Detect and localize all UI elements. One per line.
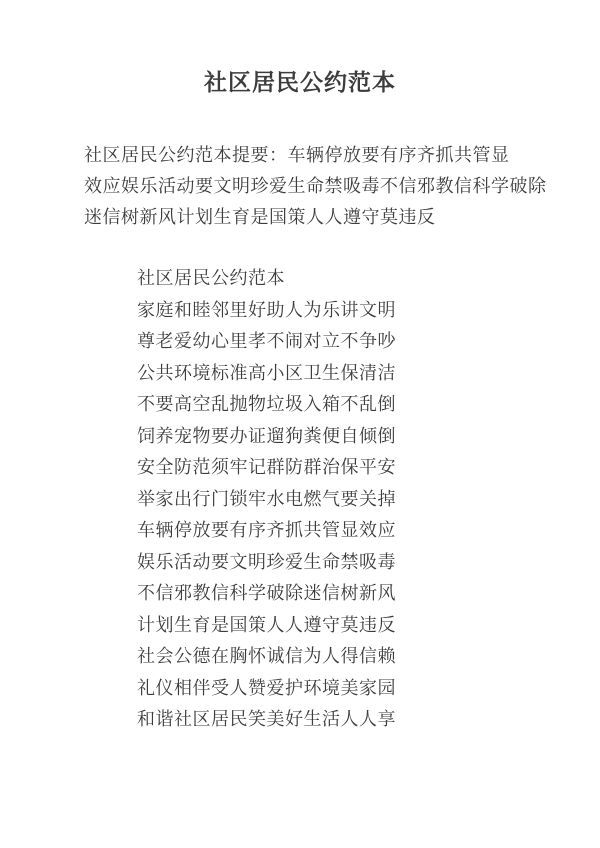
list-item: 饲养宠物要办证遛狗粪便自倾倒 — [137, 421, 600, 453]
list-item: 和谐社区居民笑美好生活人人享 — [137, 704, 600, 736]
summary-paragraph: 社区居民公约范本提要：车辆停放要有序齐抓共管显 效应娱乐活动要文明珍爱生命禁吸毒… — [84, 140, 524, 233]
list-item: 家庭和睦邻里好助人为乐讲文明 — [137, 295, 600, 327]
list-item: 不信邪教信科学破除迷信树新风 — [137, 578, 600, 610]
document-page: 社区居民公约范本 社区居民公约范本提要：车辆停放要有序齐抓共管显 效应娱乐活动要… — [0, 0, 600, 848]
list-item: 计划生育是国策人人遵守莫违反 — [137, 610, 600, 642]
list-item: 社会公德在胸怀诚信为人得信赖 — [137, 641, 600, 673]
list-item: 社区居民公约范本 — [137, 263, 600, 295]
convention-list: 社区居民公约范本 家庭和睦邻里好助人为乐讲文明 尊老爱幼心里孝不闹对立不争吵 公… — [137, 263, 600, 736]
list-item: 尊老爱幼心里孝不闹对立不争吵 — [137, 326, 600, 358]
list-item: 举家出行门锁牢水电燃气要关掉 — [137, 484, 600, 516]
list-item: 公共环境标准高小区卫生保清洁 — [137, 358, 600, 390]
list-item: 娱乐活动要文明珍爱生命禁吸毒 — [137, 547, 600, 579]
summary-line: 社区居民公约范本提要：车辆停放要有序齐抓共管显 — [84, 140, 524, 171]
list-item: 礼仪相伴受人赞爱护环境美家园 — [137, 673, 600, 705]
list-item: 不要高空乱抛物垃圾入箱不乱倒 — [137, 389, 600, 421]
list-item: 安全防范须牢记群防群治保平安 — [137, 452, 600, 484]
summary-line: 迷信树新风计划生育是国策人人遵守莫违反 — [84, 202, 524, 233]
page-title: 社区居民公约范本 — [0, 70, 600, 95]
list-item: 车辆停放要有序齐抓共管显效应 — [137, 515, 600, 547]
summary-line: 效应娱乐活动要文明珍爱生命禁吸毒不信邪教信科学破除 — [84, 171, 524, 202]
